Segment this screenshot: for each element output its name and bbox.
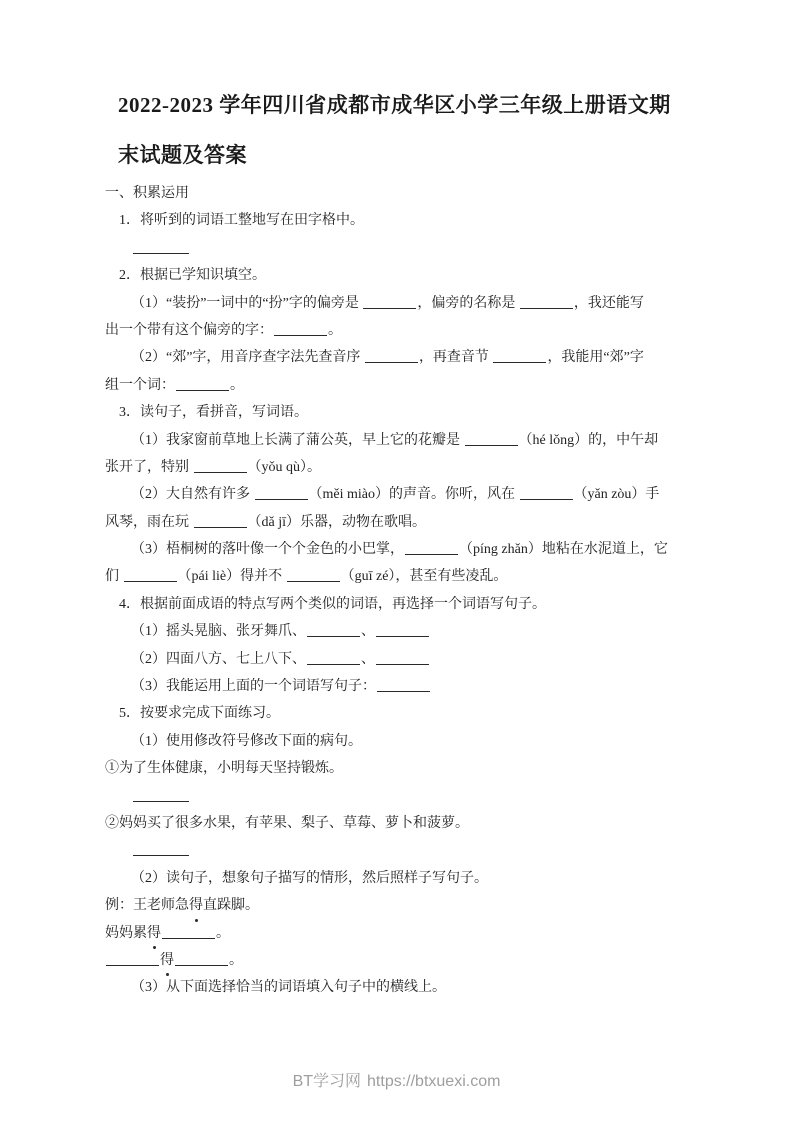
answer-blank bbox=[520, 294, 573, 309]
text-run: （2）四面八方、七上八下、 bbox=[131, 652, 306, 667]
text-run: （dǎ jī）乐器，动物在歌唱。 bbox=[248, 515, 427, 530]
exam-line: （3）我能运用上面的一个词语写句子： bbox=[105, 673, 690, 700]
text-run: 5．按要求完成下面练习。 bbox=[119, 706, 280, 721]
exam-line: 2．根据已学知识填空。 bbox=[105, 262, 690, 289]
exam-line: （1）摇头晃脑、张牙舞爪、、 bbox=[105, 618, 690, 645]
watermark-site-url: https://btxuexi.com bbox=[367, 1073, 500, 1090]
emphasized-char: 得 bbox=[189, 892, 203, 919]
exam-line: 1．将听到的词语工整地写在田字格中。 bbox=[105, 207, 690, 234]
watermark-footer: BT学习网https://btxuexi.com bbox=[0, 1068, 793, 1091]
exam-line: （2）“郊”字，用音序查字法先查音序 ，再查音节 ，我能用“郊”字 bbox=[105, 344, 690, 371]
text-run: （2）读句子，想象句子描写的情形，然后照样子写句子。 bbox=[131, 871, 488, 886]
answer-blank bbox=[176, 376, 229, 391]
text-run: （1）我家窗前草地上长满了蒲公英，早上它的花瓣是 bbox=[131, 433, 464, 448]
answer-blank bbox=[194, 513, 247, 528]
text-run: ，再查音节 bbox=[419, 350, 493, 365]
text-run: （1）使用修改符号修改下面的病句。 bbox=[131, 734, 362, 749]
answer-blank bbox=[133, 239, 189, 254]
text-run: 、 bbox=[361, 624, 375, 639]
text-run: 3．读句子，看拼音，写词语。 bbox=[119, 405, 308, 420]
answer-blank bbox=[274, 321, 327, 336]
text-run: 。 bbox=[229, 953, 243, 968]
text-run: （2）大自然有许多 bbox=[131, 487, 254, 502]
text-run: ，偏旁的名称是 bbox=[417, 296, 519, 311]
text-run: （3）梧桐树的落叶像一个个金色的小巴掌， bbox=[131, 542, 404, 557]
exam-line: 4．根据前面成语的特点写两个类似的词语，再选择一个词语写句子。 bbox=[105, 591, 690, 618]
exam-line: 一、积累运用 bbox=[105, 180, 690, 207]
exam-line: 组一个词：。 bbox=[105, 372, 690, 399]
text-run: ，我能用“郊”字 bbox=[547, 350, 643, 365]
exam-line: 风琴，雨在玩 （dǎ jī）乐器，动物在歌唱。 bbox=[105, 509, 690, 536]
exam-line: ②妈妈买了很多水果，有苹果、梨子、草莓、萝卜和菠萝。 bbox=[105, 810, 690, 837]
text-run: ①为了生体健康，小明每天坚持锻炼。 bbox=[105, 761, 343, 776]
answer-blank bbox=[133, 841, 189, 856]
text-run: 。 bbox=[328, 323, 342, 338]
answer-blank bbox=[363, 294, 416, 309]
exam-line: （3）从下面选择恰当的词语填入句子中的横线上。 bbox=[105, 974, 690, 1001]
answer-blank bbox=[287, 567, 340, 582]
answer-blank bbox=[162, 924, 215, 939]
text-run: 1．将听到的词语工整地写在田字格中。 bbox=[119, 213, 364, 228]
text-run: 张开了，特别 bbox=[105, 460, 193, 475]
answer-blank bbox=[175, 951, 228, 966]
exam-line: 5．按要求完成下面练习。 bbox=[105, 700, 690, 727]
answer-blank bbox=[465, 431, 518, 446]
document-title: 2022-2023 学年四川省成都市成华区小学三年级上册语文期末试题及答案 bbox=[118, 80, 680, 180]
text-run: （pái liè）得并不 bbox=[178, 569, 286, 584]
answer-blank bbox=[194, 458, 247, 473]
text-run: （2）“郊”字，用音序查字法先查音序 bbox=[131, 350, 364, 365]
exam-line: （3）梧桐树的落叶像一个个金色的小巴掌，（píng zhǎn）地粘在水泥道上，它 bbox=[105, 536, 690, 563]
text-run: 们 bbox=[105, 569, 123, 584]
text-run: 4．根据前面成语的特点写两个类似的词语，再选择一个词语写句子。 bbox=[119, 597, 546, 612]
text-run: （yǎn zòu）手 bbox=[574, 487, 660, 502]
text-run: ，我还能写 bbox=[574, 296, 644, 311]
text-run: （3）从下面选择恰当的词语填入句子中的横线上。 bbox=[131, 980, 446, 995]
exam-line: 例：王老师急得直跺脚。 bbox=[105, 892, 690, 919]
exam-line bbox=[105, 235, 690, 262]
answer-blank bbox=[377, 677, 430, 692]
answer-blank bbox=[405, 540, 458, 555]
exam-content: 一、积累运用1．将听到的词语工整地写在田字格中。2．根据已学知识填空。（1）“装… bbox=[105, 180, 690, 1002]
text-run: （1）摇头晃脑、张牙舞爪、 bbox=[131, 624, 306, 639]
text-run: 组一个词： bbox=[105, 378, 175, 393]
answer-blank bbox=[255, 485, 308, 500]
text-run: （1）“装扮”一词中的“扮”字的偏旁是 bbox=[131, 296, 362, 311]
text-run: （měi miào）的声音。你听，风在 bbox=[309, 487, 519, 502]
text-run: （3）我能运用上面的一个词语写句子： bbox=[131, 679, 376, 694]
text-run: 。 bbox=[216, 926, 230, 941]
text-run: （píng zhǎn）地粘在水泥道上，它 bbox=[459, 542, 668, 557]
emphasized-char: 得 bbox=[147, 920, 161, 947]
answer-blank bbox=[365, 348, 418, 363]
emphasized-char: 得 bbox=[160, 947, 174, 974]
answer-blank bbox=[106, 951, 159, 966]
exam-line: （2）四面八方、七上八下、、 bbox=[105, 646, 690, 673]
text-run: 妈妈累 bbox=[105, 926, 147, 941]
exam-line: 3．读句子，看拼音，写词语。 bbox=[105, 399, 690, 426]
text-run: 直跺脚。 bbox=[203, 898, 259, 913]
exam-document-page: 2022-2023 学年四川省成都市成华区小学三年级上册语文期末试题及答案 一、… bbox=[0, 0, 793, 1122]
answer-blank bbox=[520, 485, 573, 500]
text-run: 、 bbox=[361, 652, 375, 667]
text-run: 2．根据已学知识填空。 bbox=[119, 268, 266, 283]
text-run: （hé lǒng）的，中午却 bbox=[519, 433, 659, 448]
text-run: 出一个带有这个偏旁的字： bbox=[105, 323, 273, 338]
exam-line: （1）我家窗前草地上长满了蒲公英，早上它的花瓣是 （hé lǒng）的，中午却 bbox=[105, 427, 690, 454]
text-run: （yǒu qù）。 bbox=[248, 460, 322, 475]
answer-blank bbox=[133, 787, 189, 802]
exam-line: 们 （pái liè）得并不 （guī zé），甚至有些凌乱。 bbox=[105, 563, 690, 590]
answer-blank bbox=[376, 650, 429, 665]
answer-blank bbox=[307, 622, 360, 637]
answer-blank bbox=[493, 348, 546, 363]
text-run: 一、积累运用 bbox=[105, 186, 189, 201]
exam-line bbox=[105, 783, 690, 810]
exam-line: ①为了生体健康，小明每天坚持锻炼。 bbox=[105, 755, 690, 782]
text-run: （guī zé），甚至有些凌乱。 bbox=[341, 569, 508, 584]
answer-blank bbox=[376, 622, 429, 637]
watermark-site-name: BT学习网 bbox=[293, 1073, 361, 1090]
exam-line: （2）大自然有许多 （měi miào）的声音。你听，风在 （yǎn zòu）手 bbox=[105, 481, 690, 508]
exam-line: 出一个带有这个偏旁的字：。 bbox=[105, 317, 690, 344]
answer-blank bbox=[307, 650, 360, 665]
exam-line: （1）使用修改符号修改下面的病句。 bbox=[105, 728, 690, 755]
text-run: 风琴，雨在玩 bbox=[105, 515, 193, 530]
text-run: ②妈妈买了很多水果，有苹果、梨子、草莓、萝卜和菠萝。 bbox=[105, 816, 469, 831]
exam-line: 张开了，特别 （yǒu qù）。 bbox=[105, 454, 690, 481]
answer-blank bbox=[124, 567, 177, 582]
exam-line bbox=[105, 837, 690, 864]
exam-line: 得。 bbox=[105, 947, 690, 974]
text-run: 例：王老师急 bbox=[105, 898, 189, 913]
exam-line: 妈妈累得。 bbox=[105, 920, 690, 947]
text-run: 。 bbox=[230, 378, 244, 393]
exam-line: （2）读句子，想象句子描写的情形，然后照样子写句子。 bbox=[105, 865, 690, 892]
exam-line: （1）“装扮”一词中的“扮”字的偏旁是 ，偏旁的名称是 ，我还能写 bbox=[105, 290, 690, 317]
